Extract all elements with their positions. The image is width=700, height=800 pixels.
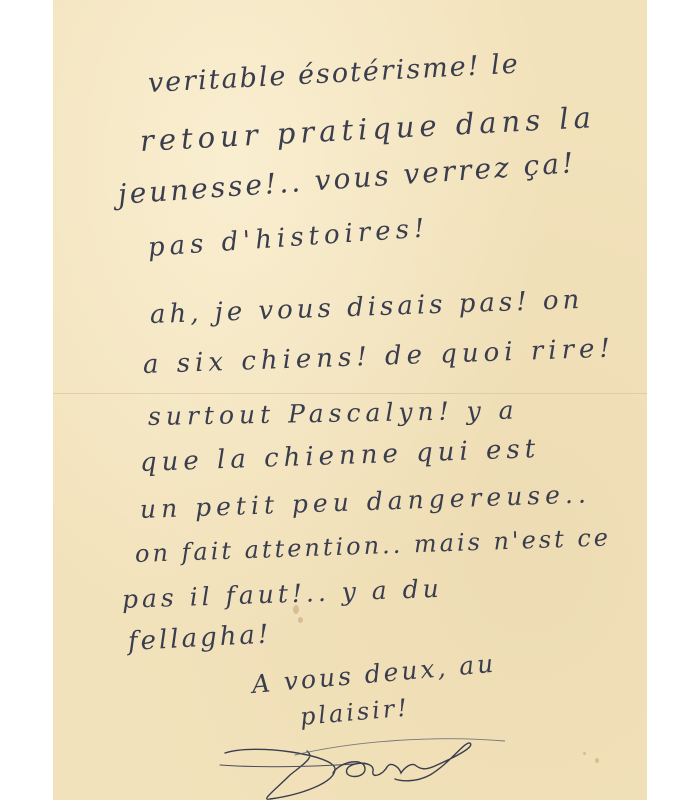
foxing-stain: [595, 758, 599, 763]
signature-scribble-icon: [215, 735, 505, 800]
foxing-stain: [298, 617, 303, 623]
foxing-stain: [583, 752, 586, 755]
paper-fold-crease: [53, 393, 647, 394]
